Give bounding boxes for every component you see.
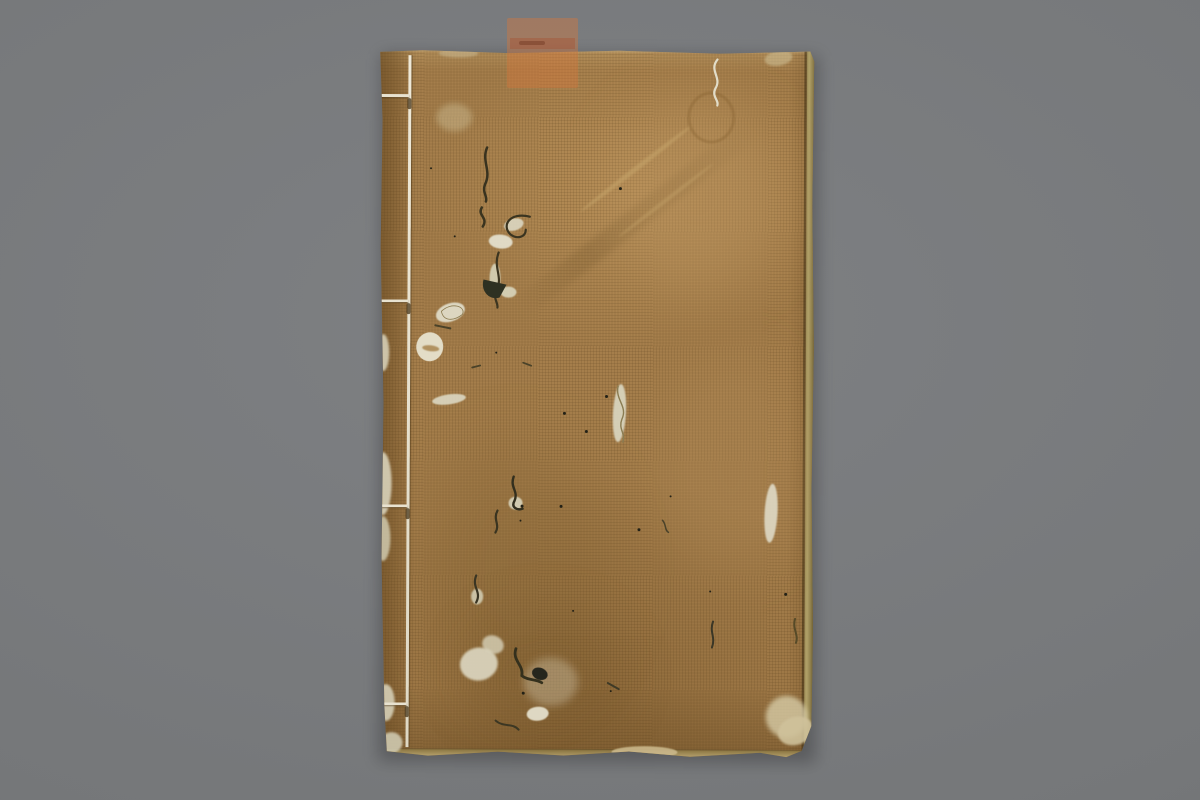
binding-thread-vertical (405, 55, 411, 747)
binding-hole (405, 508, 409, 519)
binding-hole (407, 98, 411, 109)
binding-hole (405, 706, 409, 717)
binding-stitch-1 (377, 94, 409, 97)
inventory-label (507, 18, 578, 88)
binding-layer (375, 49, 815, 758)
book-cover (375, 49, 815, 758)
label-mark (519, 41, 545, 45)
photo-backdrop (0, 0, 1200, 800)
binding-hole (406, 303, 410, 314)
